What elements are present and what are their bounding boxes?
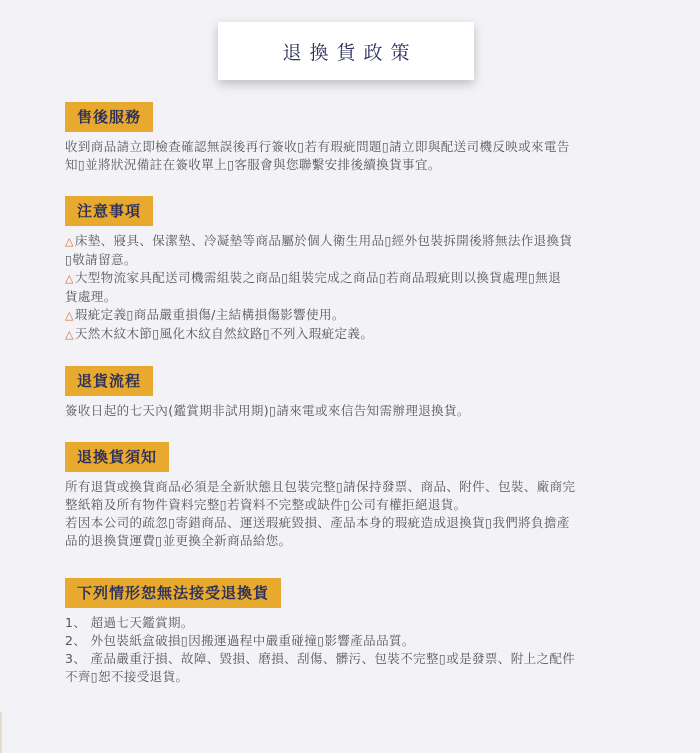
body-line: 若因本公司的疏忽▯寄錯商品、運送瑕疵毀損、產品本身的瑕疵造成退換貨▯我們將負擔產 bbox=[65, 514, 655, 532]
list-item: 2、 外包裝紙盒破損▯因搬運過程中嚴重碰撞▯影響產品品質。 bbox=[65, 632, 655, 650]
section-notes: 注意事項 △床墊、寢具、保潔墊、冷凝墊等商品屬於個人衛生用品▯經外包裝拆開後將無… bbox=[65, 196, 655, 344]
section-body: 1、 超過七天鑑賞期。 2、 外包裝紙盒破損▯因搬運過程中嚴重碰撞▯影響產品品質… bbox=[65, 614, 655, 686]
list-item-continuation: 不齊▯恕不接受退貨。 bbox=[65, 668, 655, 686]
section-return-process: 退貨流程 簽收日起的七天內(鑑賞期非試用期)▯請來電或來信告知需辦理退換貨。 bbox=[65, 366, 655, 420]
body-line: ▯敬請留意。 bbox=[65, 251, 655, 269]
section-after-sales-service: 售後服務 收到商品請立即檢查確認無誤後再行簽收▯若有瑕疵問題▯請立即與配送司機反… bbox=[65, 102, 655, 174]
section-body: 簽收日起的七天內(鑑賞期非試用期)▯請來電或來信告知需辦理退換貨。 bbox=[65, 402, 655, 420]
body-line: 床墊、寢具、保潔墊、冷凝墊等商品屬於個人衛生用品▯經外包裝拆開後將無法作退換貨 bbox=[75, 233, 572, 248]
body-line: 瑕疵定義▯商品嚴重損傷/主結構損傷影響使用。 bbox=[75, 307, 345, 322]
note-item: △大型物流家具配送司機需組裝之商品▯組裝完成之商品▯若商品瑕疵則以換貨處理▯無退 bbox=[65, 269, 655, 288]
body-line: 大型物流家具配送司機需組裝之商品▯組裝完成之商品▯若商品瑕疵則以換貨處理▯無退 bbox=[75, 270, 561, 285]
note-item: △瑕疵定義▯商品嚴重損傷/主結構損傷影響使用。 bbox=[65, 306, 655, 325]
body-line: 知▯並將狀況備註在簽收單上▯客服會與您聯繫安排後續換貨事宜。 bbox=[65, 156, 655, 174]
section-heading: 退換貨須知 bbox=[65, 442, 169, 472]
section-heading: 退貨流程 bbox=[65, 366, 153, 396]
body-line: 品的退換貨運費▯並更換全新商品給您。 bbox=[65, 532, 655, 550]
warning-triangle-icon: △ bbox=[65, 272, 74, 285]
page-title: 退換貨政策 bbox=[274, 38, 417, 65]
body-line: 簽收日起的七天內(鑑賞期非試用期)▯請來電或來信告知需辦理退換貨。 bbox=[65, 402, 655, 420]
section-heading: 注意事項 bbox=[65, 196, 153, 226]
title-banner: 退換貨政策 bbox=[218, 22, 474, 80]
section-body: △床墊、寢具、保潔墊、冷凝墊等商品屬於個人衛生用品▯經外包裝拆開後將無法作退換貨… bbox=[65, 232, 655, 344]
body-line: 貨處理。 bbox=[65, 288, 655, 306]
body-line: 收到商品請立即檢查確認無誤後再行簽收▯若有瑕疵問題▯請立即與配送司機反映或來電告 bbox=[65, 138, 655, 156]
list-item: 1、 超過七天鑑賞期。 bbox=[65, 614, 655, 632]
body-line: 所有退貨或換貨商品必須是全新狀態且包裝完整▯請保持發票、商品、附件、包裝、廠商完 bbox=[65, 478, 655, 496]
list-item: 3、 產品嚴重汙損、故障、毀損、磨損、刮傷、髒污、包裝不完整▯或是發票、附上之配… bbox=[65, 650, 655, 668]
section-return-exchange-notice: 退換貨須知 所有退貨或換貨商品必須是全新狀態且包裝完整▯請保持發票、商品、附件、… bbox=[65, 442, 655, 550]
section-heading: 下列情形恕無法接受退換貨 bbox=[65, 578, 281, 608]
note-item: △床墊、寢具、保潔墊、冷凝墊等商品屬於個人衛生用品▯經外包裝拆開後將無法作退換貨 bbox=[65, 232, 655, 251]
body-line: 整紙箱及所有物件資料完整▯若資料不完整或缺件▯公司有權拒絕退貨。 bbox=[65, 496, 655, 514]
section-body: 收到商品請立即檢查確認無誤後再行簽收▯若有瑕疵問題▯請立即與配送司機反映或來電告… bbox=[65, 138, 655, 174]
body-line: 天然木紋木節▯風化木紋自然紋路▯不列入瑕疵定義。 bbox=[75, 326, 373, 341]
note-item: △天然木紋木節▯風化木紋自然紋路▯不列入瑕疵定義。 bbox=[65, 325, 655, 344]
section-body: 所有退貨或換貨商品必須是全新狀態且包裝完整▯請保持發票、商品、附件、包裝、廠商完… bbox=[65, 478, 655, 550]
section-heading: 售後服務 bbox=[65, 102, 153, 132]
left-edge-divider bbox=[0, 712, 2, 753]
section-non-returnable-conditions: 下列情形恕無法接受退換貨 1、 超過七天鑑賞期。 2、 外包裝紙盒破損▯因搬運過… bbox=[65, 578, 655, 686]
warning-triangle-icon: △ bbox=[65, 328, 74, 341]
warning-triangle-icon: △ bbox=[65, 235, 74, 248]
warning-triangle-icon: △ bbox=[65, 309, 74, 322]
